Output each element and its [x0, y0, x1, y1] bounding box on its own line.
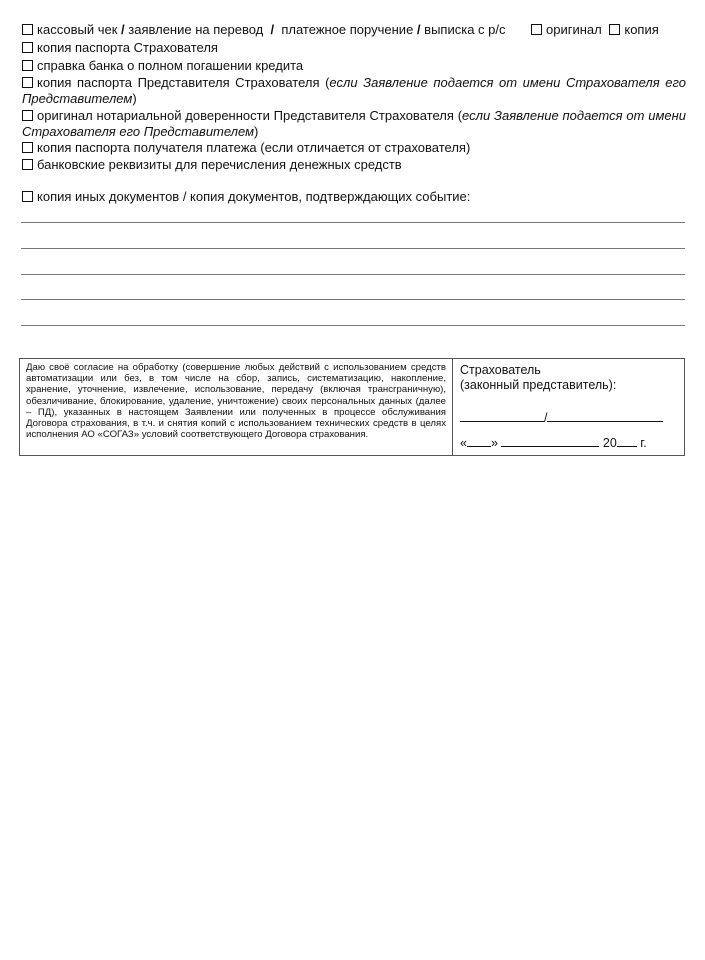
checkbox-icon[interactable]: [22, 77, 33, 88]
blank-line-2[interactable]: [21, 248, 685, 249]
checklist-item: справка банка о полном погашении кредита: [22, 58, 303, 74]
blank-line-1[interactable]: [21, 222, 685, 223]
checklist-item: копия паспорта Представителя Страховател…: [22, 75, 686, 107]
item-label: оригинал нотариальной доверенности Предс…: [37, 108, 462, 123]
consent-text: Даю своё согласие на обработку (совершен…: [20, 359, 453, 455]
item-label-close: ): [254, 124, 258, 139]
item-transfer-application: заявление на перевод: [128, 22, 263, 37]
item-cash-receipt: кассовый чек: [37, 22, 117, 37]
year-suffix: г.: [640, 436, 647, 450]
year-prefix: 20: [603, 436, 617, 450]
blank-line-5[interactable]: [21, 325, 685, 326]
year-field[interactable]: [617, 434, 637, 447]
checkbox-icon[interactable]: [22, 142, 33, 153]
checkbox-copy-icon[interactable]: [609, 24, 620, 35]
checkbox-icon[interactable]: [22, 110, 33, 121]
separator: /: [417, 22, 421, 37]
quote-open: «: [460, 436, 467, 450]
separator: /: [121, 22, 125, 37]
original-copy-options: оригинал копия: [531, 22, 659, 38]
day-field[interactable]: [467, 434, 491, 447]
signature-line[interactable]: /: [460, 409, 663, 426]
checklist-item: банковские реквизиты для перечисления де…: [22, 157, 402, 173]
checkbox-icon[interactable]: [22, 191, 33, 202]
checklist-row-payment-docs: кассовый чек / заявление на перевод / пл…: [22, 22, 506, 38]
item-account-statement: выписка с р/с: [424, 22, 505, 37]
signature-field[interactable]: [460, 409, 544, 422]
consent-box: Даю своё согласие на обработку (совершен…: [19, 358, 685, 456]
option-copy-label: копия: [624, 22, 658, 37]
checkbox-icon[interactable]: [22, 159, 33, 170]
blank-line-4[interactable]: [21, 299, 685, 300]
checklist-item: копия паспорта Страхователя: [22, 40, 218, 56]
quote-close: »: [491, 436, 498, 450]
option-original-label: оригинал: [546, 22, 602, 37]
item-label: копия паспорта Страхователя: [37, 40, 218, 55]
item-label: копия иных документов / копия документов…: [37, 189, 470, 204]
checkbox-icon[interactable]: [22, 60, 33, 71]
checklist-item-other-docs: копия иных документов / копия документов…: [22, 189, 470, 205]
date-line: «» 20 г.: [460, 434, 647, 451]
item-label: копия паспорта получателя платежа (если …: [37, 140, 470, 155]
checklist-item: копия паспорта получателя платежа (если …: [22, 140, 470, 156]
item-label: справка банка о полном погашении кредита: [37, 58, 303, 73]
month-field[interactable]: [501, 434, 599, 447]
item-label-close: ): [132, 91, 136, 106]
item-label: банковские реквизиты для перечисления де…: [37, 157, 402, 172]
checkbox-icon[interactable]: [22, 24, 33, 35]
checkbox-original-icon[interactable]: [531, 24, 542, 35]
item-payment-order: платежное поручение: [281, 22, 413, 37]
blank-line-3[interactable]: [21, 274, 685, 275]
checkbox-icon[interactable]: [22, 42, 33, 53]
signer-label: Страхователь: [460, 363, 684, 378]
separator: /: [271, 22, 275, 37]
item-label: копия паспорта Представителя Страховател…: [37, 75, 329, 90]
signature-block: Страхователь (законный представитель): /…: [453, 359, 684, 455]
signer-sublabel: (законный представитель):: [460, 378, 684, 393]
checklist-item: оригинал нотариальной доверенности Предс…: [22, 108, 686, 140]
name-field[interactable]: [547, 409, 663, 422]
